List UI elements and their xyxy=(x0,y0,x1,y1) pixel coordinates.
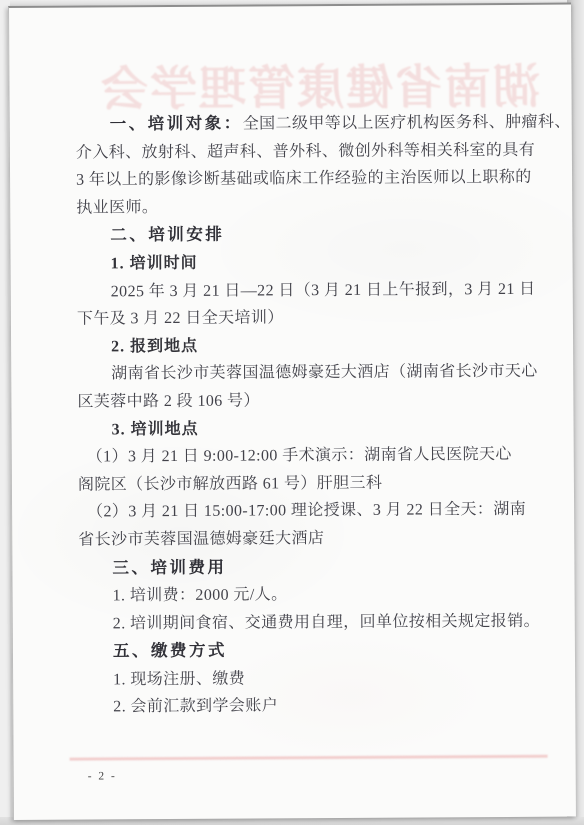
text-line: 2. 会前汇款到学会账户 xyxy=(79,691,557,722)
text-segment: 一、培训对象： xyxy=(110,114,243,134)
text-segment: 2. 培训期间食宿、交通费用自理，回单位按相关规定报销。 xyxy=(113,612,540,632)
document-body: 一、培训对象：全国二级甲等以上医疗机构医务科、肿瘤科、介入科、放射科、超声科、普… xyxy=(76,108,558,722)
text-line: （2）3 月 21 日 15:00-17:00 理论授课、3 月 22 日全天：… xyxy=(78,496,556,527)
text-line: 介入科、放射科、超声科、普外科、微创外科等相关科室的具有 xyxy=(76,136,554,167)
text-line: 1. 培训时间 xyxy=(76,248,554,279)
text-line: 2. 报到地点 xyxy=(77,330,555,361)
text-segment: 介入科、放射科、超声科、普外科、微创外科等相关科室的具有 xyxy=(76,141,535,161)
text-line: 3. 培训地点 xyxy=(78,413,556,444)
page-number: - 2 - xyxy=(88,770,117,782)
text-segment: 2025 年 3 月 21 日—22 日（3 月 21 日上午报到，3 月 21… xyxy=(111,280,536,300)
text-segment: 下午及 3 月 22 日全天培训） xyxy=(77,309,284,327)
text-segment: （2）3 月 21 日 15:00-17:00 理论授课、3 月 22 日全天：… xyxy=(87,501,526,521)
bleed-through-rule xyxy=(70,755,548,761)
text-segment: 2. 报到地点 xyxy=(111,338,198,356)
text-segment: 二、培训安排 xyxy=(110,225,224,245)
text-line: 省长沙市芙蓉国温德姆豪廷大酒店 xyxy=(78,524,556,555)
text-line: 二、培训安排 xyxy=(76,219,554,251)
text-line: （1）3 月 21 日 9:00-12:00 手术演示：湖南省人民医院天心 xyxy=(78,441,556,472)
text-line: 1. 现场注册、缴费 xyxy=(79,664,557,695)
text-segment: 三、培训费用 xyxy=(112,557,226,577)
text-segment: 3 年以上的影像诊断基础或临床工作经验的主治医师以上职称的 xyxy=(76,169,532,189)
text-line: 一、培训对象：全国二级甲等以上医疗机构医务科、肿瘤科、 xyxy=(76,108,554,140)
text-segment: 2. 会前汇款到学会账户 xyxy=(113,698,278,716)
text-line: 五、缴费方式 xyxy=(79,635,557,667)
scanned-document-screenshot: { "page": { "number_label": "- 2 -" }, "… xyxy=(0,0,584,825)
text-line: 阁院区（长沙市解放西路 61 号）肝胆三科 xyxy=(78,468,556,499)
text-segment: 1. 培训时间 xyxy=(111,255,198,273)
text-line: 2025 年 3 月 21 日—22 日（3 月 21 日上午报到，3 月 21… xyxy=(77,275,555,306)
scanned-page: 湖南省健康管理学会 一、培训对象：全国二级甲等以上医疗机构医务科、肿瘤科、介入科… xyxy=(8,3,576,820)
text-line: 下午及 3 月 22 日全天培训） xyxy=(77,303,555,334)
text-line: 2. 培训期间食宿、交通费用自理，回单位按相关规定报销。 xyxy=(79,607,557,638)
text-segment: 阁院区（长沙市解放西路 61 号）肝胆三科 xyxy=(78,474,383,493)
text-segment: 区芙蓉中路 2 段 106 号） xyxy=(77,392,260,410)
text-line: 湖南省长沙市芙蓉国温德姆豪廷大酒店（湖南省长沙市天心 xyxy=(77,358,555,389)
text-segment: 省长沙市芙蓉国温德姆豪廷大酒店 xyxy=(78,530,324,549)
text-segment: 1. 培训费：2000 元/人。 xyxy=(113,586,288,604)
text-segment: 全国二级甲等以上医疗机构医务科、肿瘤科、 xyxy=(243,114,571,133)
text-line: 三、培训费用 xyxy=(78,551,556,583)
text-segment: 3. 培训地点 xyxy=(112,420,199,438)
text-line: 执业医师。 xyxy=(76,191,554,222)
text-segment: 1. 现场注册、缴费 xyxy=(113,670,245,688)
text-segment: （1）3 月 21 日 9:00-12:00 手术演示：湖南省人民医院天心 xyxy=(87,446,512,466)
text-segment: 五、缴费方式 xyxy=(113,641,227,661)
text-line: 3 年以上的影像诊断基础或临床工作经验的主治医师以上职称的 xyxy=(76,164,554,195)
text-segment: 执业医师。 xyxy=(76,199,158,217)
text-line: 区芙蓉中路 2 段 106 号） xyxy=(77,386,555,417)
text-segment: 湖南省长沙市芙蓉国温德姆豪廷大酒店（湖南省长沙市天心 xyxy=(111,363,538,383)
text-line: 1. 培训费：2000 元/人。 xyxy=(79,580,557,611)
